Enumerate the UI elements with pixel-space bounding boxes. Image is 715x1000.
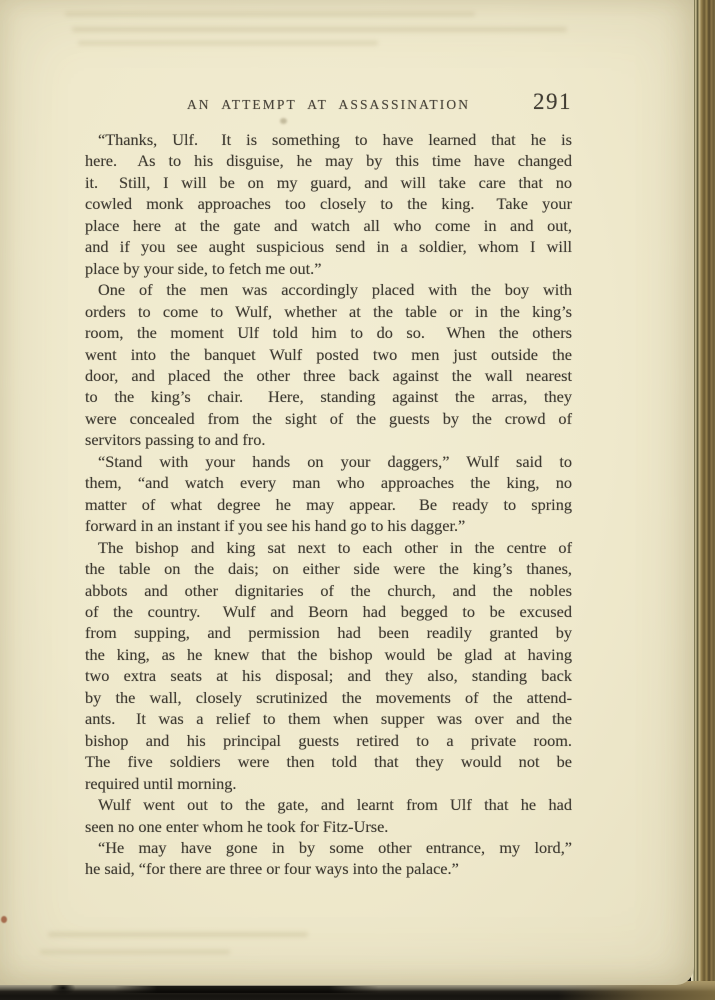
paragraph: The bishop and king sat next to each oth… (85, 537, 572, 794)
chapter-title: AN ATTEMPT AT ASSASSINATION (187, 97, 470, 113)
text-line: the table on the dais; on either side we… (85, 558, 572, 579)
paragraph: Wulf went out to the gate, and learnt fr… (85, 794, 572, 837)
text-line: them, “and watch every man who approache… (85, 472, 572, 493)
text-line: matter of what degree he may appear. Be … (85, 494, 572, 515)
scan-streak (78, 41, 378, 45)
scan-streak (40, 950, 230, 954)
text-line: orders to come to Wulf, whether at the t… (85, 301, 572, 322)
text-line: servitors passing to and fro. (85, 429, 572, 450)
page-number: 291 (533, 89, 572, 115)
paper-blemish (1, 916, 7, 923)
text-line: of the country. Wulf and Beorn had begge… (85, 601, 572, 622)
text-line: “He may have gone in by some other entra… (85, 837, 572, 858)
running-head: AN ATTEMPT AT ASSASSINATION 291 (85, 96, 572, 114)
text-line: to the king’s chair. Here, standing agai… (85, 386, 572, 407)
text-line: were concealed from the sight of the gue… (85, 408, 572, 429)
text-line: ants. It was a relief to them when suppe… (85, 708, 572, 729)
text-line: he said, “for there are three or four wa… (85, 858, 572, 879)
text-line: “Stand with your hands on your daggers,”… (85, 451, 572, 472)
text-line: room, the moment Ulf told him to do so. … (85, 322, 572, 343)
text-line: The bishop and king sat next to each oth… (85, 537, 572, 558)
ink-smudge (280, 118, 287, 124)
paragraph: “Thanks, Ulf. It is something to have le… (85, 129, 572, 279)
scan-streak (48, 932, 308, 937)
paragraph: “Stand with your hands on your daggers,”… (85, 451, 572, 537)
text-line: abbots and other dignitaries of the chur… (85, 580, 572, 601)
text-line: required until morning. (85, 773, 572, 794)
text-line: place by your side, to fetch me out.” (85, 258, 572, 279)
text-line: and if you see aught suspicious send in … (85, 236, 572, 257)
book-page-scan: AN ATTEMPT AT ASSASSINATION 291 “Thanks,… (0, 0, 715, 1000)
text-line: the king, as he knew that the bishop wou… (85, 644, 572, 665)
text-line: from supping, and permission had been re… (85, 622, 572, 643)
text-line: cowled monk approaches too closely to th… (85, 193, 572, 214)
text-line: seen no one enter whom he took for Fitz-… (85, 816, 572, 837)
text-line: bishop and his principal guests retired … (85, 730, 572, 751)
text-line: One of the men was accordingly placed wi… (85, 279, 572, 300)
scan-streak (72, 27, 567, 32)
text-line: went into the banquet Wulf posted two me… (85, 344, 572, 365)
text-line: The five soldiers were then told that th… (85, 751, 572, 772)
paragraph: “He may have gone in by some other entra… (85, 837, 572, 880)
book-page-edges-right (691, 0, 715, 1000)
text-line: forward in an instant if you see his han… (85, 515, 572, 536)
text-line: place here at the gate and watch all who… (85, 215, 572, 236)
text-line: door, and placed the other three back ag… (85, 365, 572, 386)
text-line: it. Still, I will be on my guard, and wi… (85, 172, 572, 193)
paragraph: One of the men was accordingly placed wi… (85, 279, 572, 451)
text-line: Wulf went out to the gate, and learnt fr… (85, 794, 572, 815)
paper: AN ATTEMPT AT ASSASSINATION 291 “Thanks,… (0, 0, 694, 985)
text-line: “Thanks, Ulf. It is something to have le… (85, 129, 572, 150)
text-line: by the wall, closely scrutinized the mov… (85, 687, 572, 708)
body-text: “Thanks, Ulf. It is something to have le… (85, 129, 572, 880)
text-line: here. As to his disguise, he may by this… (85, 150, 572, 171)
scan-streak (65, 12, 475, 16)
text-line: two extra seats at his disposal; and the… (85, 665, 572, 686)
